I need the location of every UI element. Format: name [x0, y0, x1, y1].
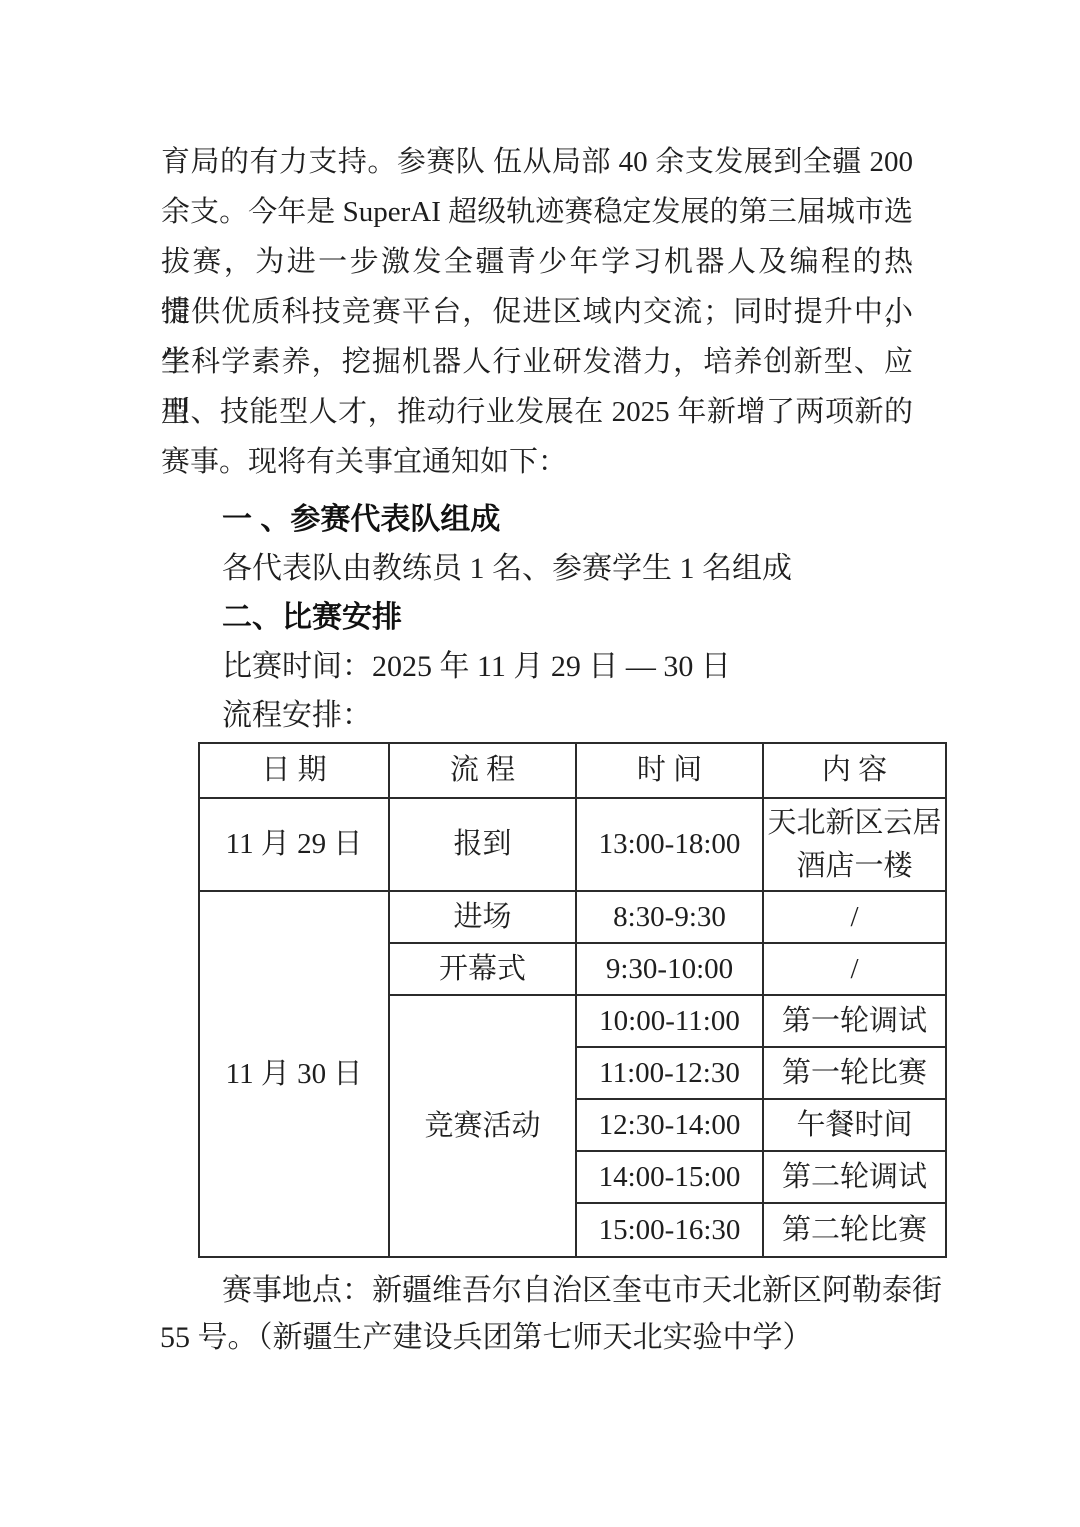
cell-date-nov30: 11 月 30 日 [199, 891, 389, 1257]
col-header-content: 内 容 [763, 743, 946, 798]
cell-content-round1-match: 第一轮比赛 [763, 1047, 946, 1099]
cell-time-lunch: 12:30-14:00 [576, 1099, 763, 1151]
cell-date-nov29: 11 月 29 日 [199, 798, 389, 891]
schedule-table: 日 期 流 程 时 间 内 容 11 月 29 日 报到 13:00-18:00… [198, 742, 947, 1258]
cell-content-hotel: 天北新区云居 酒店一楼 [763, 798, 946, 891]
section2-heading: 二、比赛安排 [222, 593, 402, 643]
paragraph-line-7: 赛事。现将有关事宜通知如下： [161, 437, 913, 487]
competition-time-line: 比赛时间：2025 年 11 月 29 日 — 30 日 [222, 642, 731, 692]
col-header-date: 日 期 [199, 743, 389, 798]
cell-process-opening: 开幕式 [389, 943, 576, 995]
schedule-label: 流程安排： [222, 691, 372, 741]
cell-time-opening: 9:30-10:00 [576, 943, 763, 995]
section1-body: 各代表队由教练员 1 名、参赛学生 1 名组成 [222, 544, 792, 594]
cell-content-opening: / [763, 943, 946, 995]
cell-content-round1-debug: 第一轮调试 [763, 995, 946, 1047]
cell-process-competition: 竞赛活动 [389, 995, 576, 1257]
paragraph-line-3: 拔赛，为进一步激发全疆青少年学习机器人及编程的热情， [161, 237, 913, 287]
cell-time-round1-match: 11:00-12:30 [576, 1047, 763, 1099]
section1-heading: 一 、参赛代表队组成 [222, 495, 500, 545]
cell-time-round2-debug: 14:00-15:00 [576, 1151, 763, 1203]
paragraph-line-6: 型、技能型人才，推动行业发展在 2025 年新增了两项新的 [161, 387, 913, 437]
table-row-checkin: 11 月 29 日 报到 13:00-18:00 天北新区云居 酒店一楼 [199, 798, 946, 891]
cell-process-checkin: 报到 [389, 798, 576, 891]
cell-content-round2-debug: 第二轮调试 [763, 1151, 946, 1203]
cell-process-entry: 进场 [389, 891, 576, 943]
cell-time-checkin: 13:00-18:00 [576, 798, 763, 891]
cell-time-round1-debug: 10:00-11:00 [576, 995, 763, 1047]
document-page: 育局的有力支持。参赛队 伍从局部 40 余支发展到全疆 200 余支。今年是 S… [0, 0, 1080, 1527]
cell-content-lunch: 午餐时间 [763, 1099, 946, 1151]
venue-line-2: 55 号。（新疆生产建设兵团第七师天北实验中学） [160, 1313, 813, 1363]
cell-content-round2-match: 第二轮比赛 [763, 1203, 946, 1257]
table-header-row: 日 期 流 程 时 间 内 容 [199, 743, 946, 798]
venue-line-1: 赛事地点：新疆维吾尔自治区奎屯市天北新区阿勒泰街 [222, 1266, 942, 1316]
paragraph-line-5: 生科学素养，挖掘机器人行业研发潜力，培养创新型、应用 [161, 337, 913, 387]
paragraph-line-2: 余支。今年是 SuperAI 超级轨迹赛稳定发展的第三届城市选 [161, 187, 913, 237]
col-header-process: 流 程 [389, 743, 576, 798]
table-row-entry: 11 月 30 日 进场 8:30-9:30 / [199, 891, 946, 943]
intro-paragraph: 育局的有力支持。参赛队 伍从局部 40 余支发展到全疆 200 余支。今年是 S… [161, 137, 913, 487]
cell-time-round2-match: 15:00-16:30 [576, 1203, 763, 1257]
cell-time-entry: 8:30-9:30 [576, 891, 763, 943]
col-header-time: 时 间 [576, 743, 763, 798]
paragraph-line-1: 育局的有力支持。参赛队 伍从局部 40 余支发展到全疆 200 [161, 137, 913, 187]
cell-content-entry: / [763, 891, 946, 943]
paragraph-line-4: 提供优质科技竞赛平台，促进区域内交流；同时提升中小学 [161, 287, 913, 337]
